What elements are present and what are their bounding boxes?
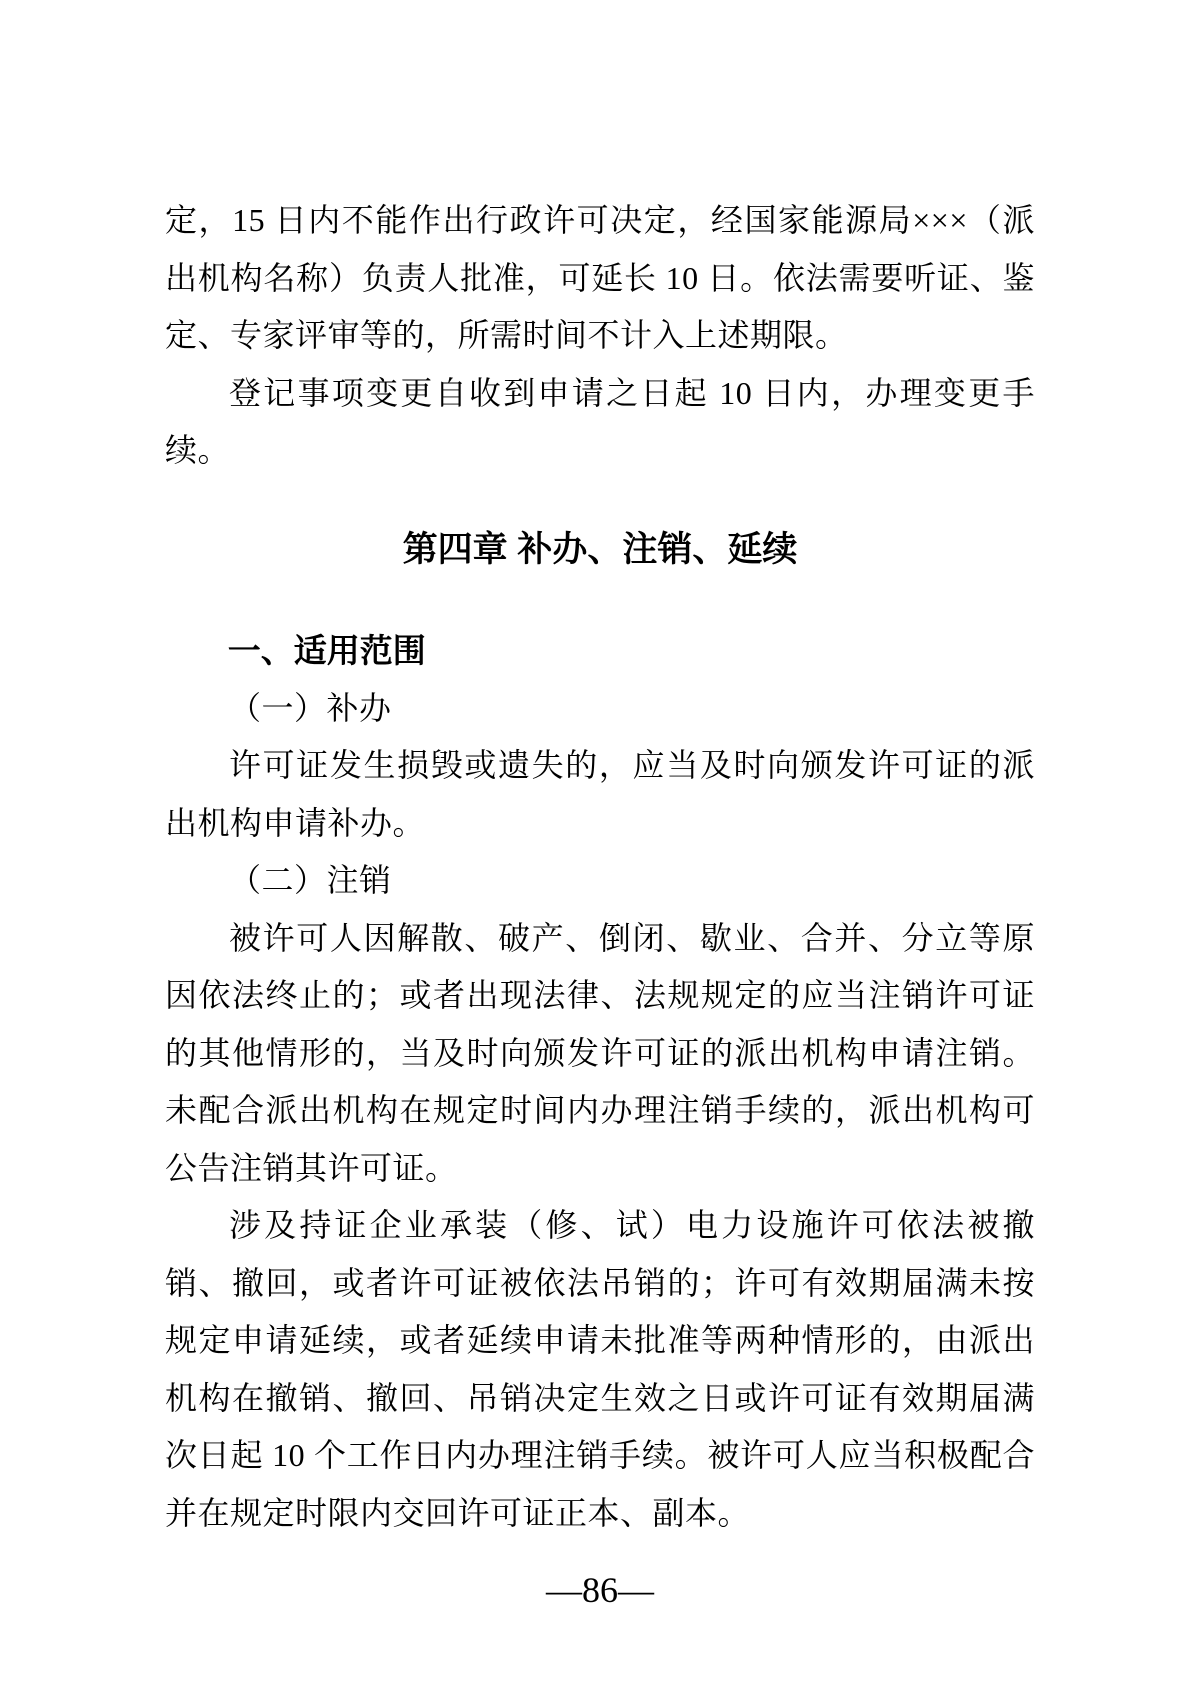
paragraph-deadline-extension: 定，15 日内不能作出行政许可决定，经国家能源局×××（派出机构名称）负责人批准… [165, 192, 1035, 365]
section-heading-scope: 一、适用范围 [165, 622, 1035, 680]
page-body: 定，15 日内不能作出行政许可决定，经国家能源局×××（派出机构名称）负责人批准… [165, 192, 1035, 1542]
chapter-heading: 第四章 补办、注销、延续 [165, 521, 1035, 579]
paragraph-registration-change: 登记事项变更自收到申请之日起 10 日内，办理变更手续。 [165, 365, 1035, 480]
page-footer: —86— [0, 1566, 1200, 1614]
paragraph-cancellation-2: 涉及持证企业承装（修、试）电力设施许可依法被撤销、撤回，或者许可证被依法吊销的；… [165, 1197, 1035, 1542]
paragraph-reissue: 许可证发生损毁或遗失的，应当及时向颁发许可证的派出机构申请补办。 [165, 737, 1035, 852]
subsection-label-reissue: （一）补办 [165, 680, 1035, 738]
page-number: —86— [546, 1570, 654, 1610]
subsection-label-cancellation: （二）注销 [165, 852, 1035, 910]
document-page: 定，15 日内不能作出行政许可决定，经国家能源局×××（派出机构名称）负责人批准… [0, 0, 1200, 1696]
paragraph-cancellation-1: 被许可人因解散、破产、倒闭、歇业、合并、分立等原因依法终止的；或者出现法律、法规… [165, 910, 1035, 1198]
